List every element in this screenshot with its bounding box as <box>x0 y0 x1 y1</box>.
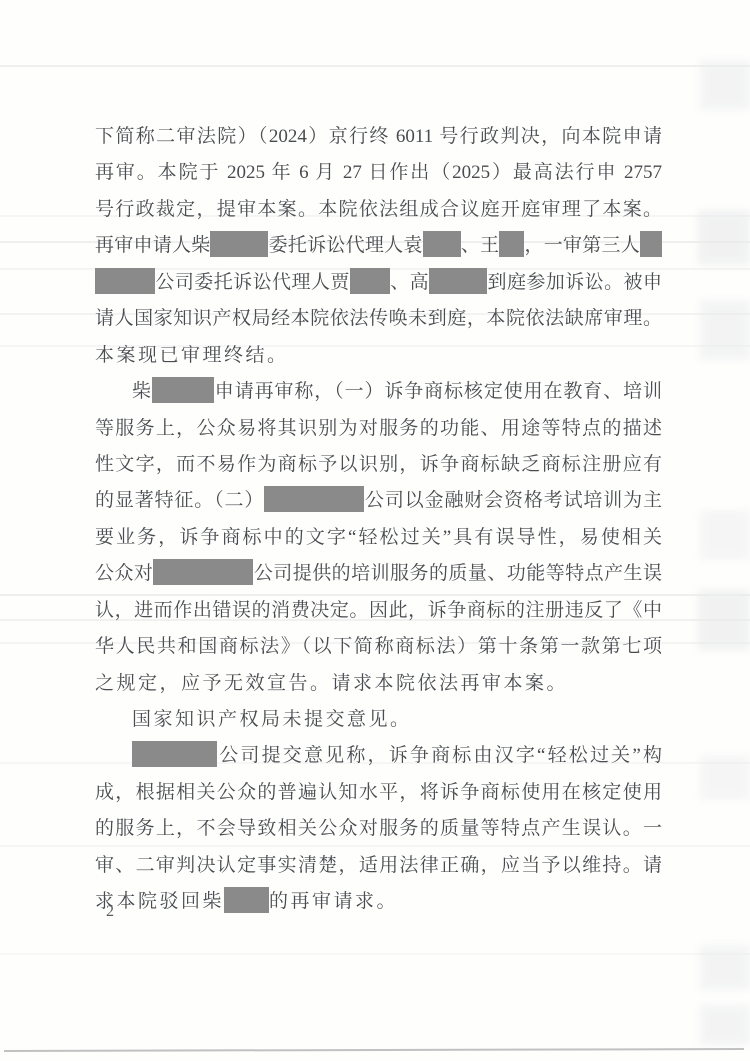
document-text-block: 下简称二审法院）（2024）京行终 6011 号行政判决，向本院申请再审。本院于… <box>95 119 662 921</box>
text-line: 的服务上，不会导致相关公众对服务的质量等特点产生误认。一 <box>95 811 662 847</box>
text-segment: 公司委托诉讼代理人贾 <box>155 272 350 293</box>
scan-artifact <box>0 953 750 955</box>
scan-artifact <box>700 300 750 360</box>
text-segment: 公司提交意见称，诉争商标由汉字“轻松过关”构 <box>217 745 662 766</box>
text-line: 再审申请人柴委托诉讼代理人袁、王，一审第三人 <box>95 228 662 264</box>
text-line: 的显著特征。（二）公司以金融财会资格考试培训为主 <box>95 483 662 519</box>
scan-artifact <box>700 755 750 800</box>
text-line: 公司提交意见称，诉争商标由汉字“轻松过关”构 <box>95 738 662 774</box>
text-line: 号行政裁定，提审本案。本院依法组成合议庭开庭审理了本案。 <box>95 192 662 228</box>
text-segment: 认，进而作出错误的消费决定。因此，诉争商标的注册违反了《中 <box>95 600 662 621</box>
text-segment: 等服务上，公众易将其识别为对服务的功能、用途等特点的描述 <box>95 418 662 439</box>
text-line: 华人民共和国商标法》（以下简称商标法）第十条第一款第七项 <box>95 629 662 665</box>
text-segment: 柴 <box>132 381 152 402</box>
redaction-box <box>224 887 269 913</box>
redaction-box <box>350 268 390 294</box>
text-segment: 、高 <box>390 272 429 293</box>
redaction-box <box>499 231 524 257</box>
text-segment: 性文字，而不易作为商标予以识别，诉争商标缺乏商标注册应有 <box>95 454 662 475</box>
redaction-box <box>132 741 217 767</box>
text-segment: 要业务，诉争商标中的文字“轻松过关”具有误导性，易使相关 <box>95 527 662 548</box>
text-line: 公众对公司提供的培训服务的质量、功能等特点产生误 <box>95 556 662 592</box>
text-segment: 、王 <box>461 235 500 256</box>
text-line: 再审。本院于 2025 年 6 月 27 日作出（2025）最高法行申 2757 <box>95 155 662 191</box>
redaction-box <box>152 377 214 403</box>
text-segment: 的服务上，不会导致相关公众对服务的质量等特点产生误认。一 <box>95 818 662 839</box>
text-segment: 申请再审称，（一）诉争商标核定使用在教育、培训 <box>214 381 662 402</box>
text-segment: 请人国家知识产权局经本院依法传唤未到庭，本院依法缺席审理。 <box>95 308 662 329</box>
text-segment: 的显著特征。（二） <box>95 490 264 511</box>
scan-artifact <box>698 590 750 650</box>
scan-artifact <box>698 210 750 265</box>
text-line: 成，根据相关公众的普遍认知水平，将诉争商标使用在核定使用 <box>95 775 662 811</box>
text-segment: 到庭参加诉讼。被申 <box>487 272 662 293</box>
text-segment: 公司提供的培训服务的质量、功能等特点产生误 <box>253 563 662 584</box>
text-line: 柴申请再审称，（一）诉争商标核定使用在教育、培训 <box>95 374 662 410</box>
redaction-box <box>264 486 364 512</box>
text-line: 认，进而作出错误的消费决定。因此，诉争商标的注册违反了《中 <box>95 593 662 629</box>
text-segment: 之规定，应予无效宣告。请求本院依法再审本案。 <box>95 673 568 694</box>
text-line: 请人国家知识产权局经本院依法传唤未到庭，本院依法缺席审理。 <box>95 301 662 337</box>
text-line: 之规定，应予无效宣告。请求本院依法再审本案。 <box>95 666 662 702</box>
text-segment: 成，根据相关公众的普遍认知水平，将诉争商标使用在核定使用 <box>95 782 662 803</box>
text-segment: 国家知识产权局未提交意见。 <box>132 709 412 730</box>
redaction-box <box>153 559 253 585</box>
redaction-box <box>95 268 155 294</box>
text-line: 性文字，而不易作为商标予以识别，诉争商标缺乏商标注册应有 <box>95 447 662 483</box>
text-line: 等服务上，公众易将其识别为对服务的功能、用途等特点的描述 <box>95 411 662 447</box>
text-line: 求本院驳回柴的再审请求。 <box>95 884 662 920</box>
text-segment: 审、二审判决认定事实清楚，适用法律正确，应当予以维持。请 <box>95 855 662 876</box>
text-segment: 下简称二审法院）（2024）京行终 6011 号行政判决，向本院申请 <box>95 126 662 147</box>
scan-artifact <box>700 510 750 560</box>
redaction-box <box>423 231 461 257</box>
redaction-box <box>429 268 487 294</box>
scan-artifact <box>700 945 750 990</box>
text-segment: 号行政裁定，提审本案。本院依法组成合议庭开庭审理了本案。 <box>95 199 662 220</box>
text-segment: 的再审请求。 <box>269 891 398 912</box>
text-line: 国家知识产权局未提交意见。 <box>95 702 662 738</box>
text-segment: 委托诉讼代理人袁 <box>268 235 422 256</box>
text-segment: 华人民共和国商标法》（以下简称商标法）第十条第一款第七项 <box>95 636 662 657</box>
scan-artifact <box>0 65 750 67</box>
text-line: 要业务，诉争商标中的文字“轻松过关”具有误导性，易使相关 <box>95 520 662 556</box>
page-number: 2 <box>106 903 115 921</box>
text-segment: ，一审第三人 <box>524 235 640 256</box>
text-segment: 再审。本院于 2025 年 6 月 27 日作出（2025）最高法行申 2757 <box>95 162 662 183</box>
scan-artifact <box>700 1005 750 1045</box>
text-segment: 本案现已审理终结。 <box>95 345 289 366</box>
document-page: 下简称二审法院）（2024）京行终 6011 号行政判决，向本院申请再审。本院于… <box>0 0 750 1061</box>
text-segment: 公司以金融财会资格考试培训为主 <box>364 490 662 511</box>
redaction-box <box>210 231 268 257</box>
text-segment: 再审申请人柴 <box>95 235 210 256</box>
scan-artifact <box>700 60 750 110</box>
scan-artifact <box>4 1048 744 1052</box>
text-segment: 公众对 <box>95 563 153 584</box>
redaction-box <box>640 231 662 257</box>
text-line: 本案现已审理终结。 <box>95 338 662 374</box>
text-line: 公司委托诉讼代理人贾、高到庭参加诉讼。被申 <box>95 265 662 301</box>
text-line: 下简称二审法院）（2024）京行终 6011 号行政判决，向本院申请 <box>95 119 662 155</box>
text-line: 审、二审判决认定事实清楚，适用法律正确，应当予以维持。请 <box>95 848 662 884</box>
